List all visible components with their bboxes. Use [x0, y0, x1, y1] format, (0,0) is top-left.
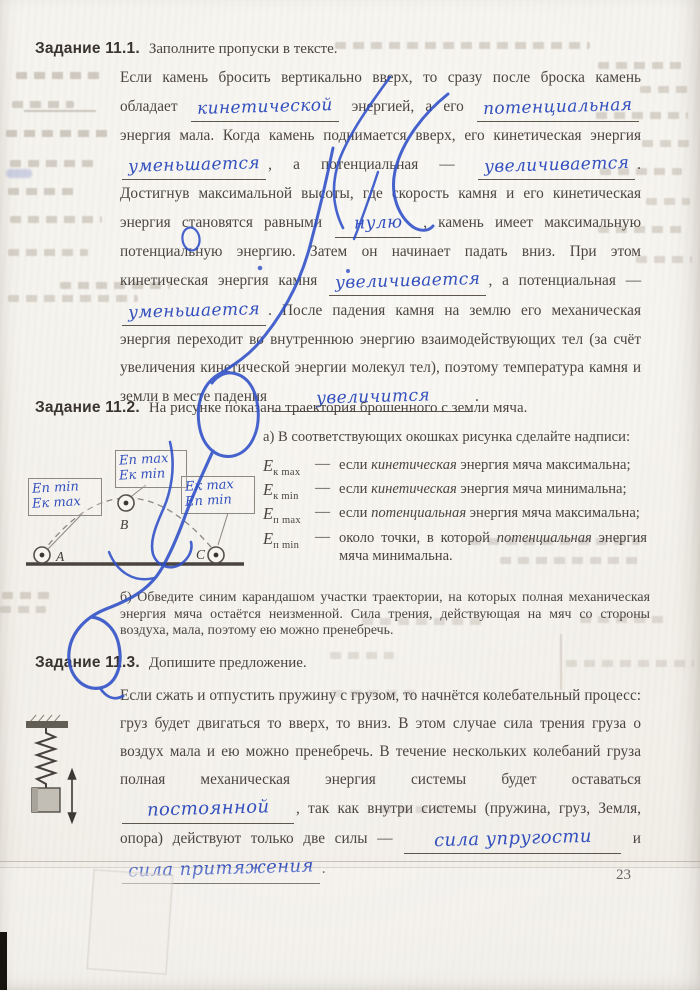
- definition-text: около точки, в которой потенциальная эне…: [339, 529, 647, 566]
- spring-coil: [37, 728, 55, 788]
- answer-blank: увеличивается: [478, 150, 635, 180]
- bleed-through-smudge: [10, 160, 96, 167]
- definition-text: если кинетическая энергия мяча максималь…: [339, 456, 647, 478]
- handwritten-answer: увеличивается: [335, 265, 481, 297]
- weight-block: [32, 788, 60, 812]
- bleed-through-smudge: [636, 256, 692, 263]
- point-label-a: A: [56, 549, 64, 565]
- handwritten-answer: нулю: [354, 208, 403, 237]
- handwritten-answer: потенциальная: [483, 91, 633, 123]
- bleed-through-smudge: [566, 660, 694, 667]
- dash: —: [315, 529, 339, 566]
- definition-text: если потенциальная энергия мяча максимал…: [339, 504, 647, 526]
- task-11-2-definitions: а) В соответствующих окошках рисунка сде…: [263, 429, 647, 568]
- task-11-1-header: Задание 11.1.Заполните пропуски в тексте…: [35, 40, 338, 58]
- bleed-through-smudge: [6, 130, 110, 137]
- ceiling-hatch: [30, 715, 60, 722]
- ball-a: [34, 547, 50, 563]
- definition-row: Eп min — около точки, в которой потенциа…: [263, 529, 647, 566]
- bleed-through-smudge: [335, 42, 590, 49]
- oscillation-arrow: [69, 770, 76, 822]
- energy-symbol: Eк min: [263, 480, 315, 502]
- energy-box-c: Eк max Eп min: [181, 476, 255, 514]
- definition-row: Eп max — если потенциальная энергия мяча…: [263, 504, 647, 526]
- answer-blank: постоянной: [122, 794, 294, 824]
- bleed-through-smudge: [642, 140, 690, 147]
- definition-text: если кинетическая энергия мяча минимальн…: [339, 480, 647, 502]
- bleed-through-smudge: [2, 592, 54, 599]
- task-label: Задание 11.3.: [35, 654, 140, 671]
- ball-c: [208, 547, 224, 563]
- part-a-instruction: а) В соответствующих окошках рисунка сде…: [263, 429, 647, 446]
- handwritten-answer: сила притяжения: [128, 852, 314, 885]
- bleed-through-smudge: [10, 216, 102, 223]
- printed-text-run: Если сжать и отпустить пружину с грузом,…: [120, 687, 641, 788]
- printed-text-run: , а потенциальная —: [488, 272, 641, 289]
- dash: —: [315, 456, 339, 478]
- bleed-through-ink-smudge: [6, 169, 32, 178]
- bleed-through-smudge: [646, 198, 690, 205]
- workbook-scanned-page: Задание 11.1.Заполните пропуски в тексте…: [0, 0, 700, 990]
- energy-symbol: Eп max: [263, 504, 315, 526]
- handwritten-energy-label: Eк max: [32, 493, 99, 511]
- bleed-through-smudge: [640, 86, 692, 93]
- box-c-connector: [218, 513, 228, 545]
- task-11-3-paragraph: Если сжать и отпустить пружину с грузом,…: [120, 682, 641, 884]
- trajectory-figure: A B C Eп min Eк max Eп max Eк min Eк max…: [20, 437, 262, 579]
- task-instruction: Допишите предложение.: [149, 655, 307, 671]
- printed-text-run: .: [322, 860, 326, 877]
- printed-text-run: энергия мала. Когда камень поднимается в…: [120, 127, 641, 144]
- handwritten-answer: увеличивается: [484, 149, 630, 181]
- point-label-b: B: [120, 517, 128, 533]
- task-11-3-header: Задание 11.3.Допишите предложение.: [35, 654, 307, 672]
- answer-blank: сила упругости: [404, 824, 621, 854]
- bleed-through-smudge: [330, 652, 394, 659]
- dash: —: [315, 480, 339, 502]
- bleed-through-smudge: [8, 295, 138, 302]
- page-number: 23: [616, 867, 631, 884]
- spring-weight-figure: [20, 710, 80, 828]
- handwritten-answer: кинетической: [196, 91, 332, 123]
- energy-box-b: Eп max Eк min: [115, 450, 187, 488]
- task-label: Задание 11.2.: [35, 399, 140, 416]
- ceiling-bar: [26, 721, 68, 728]
- ball-b: [118, 495, 134, 511]
- handwritten-energy-label: Eп min: [185, 491, 252, 509]
- definition-row: Eк max — если кинетическая энергия мяча …: [263, 456, 647, 478]
- task-11-2-header: Задание 11.2.На рисунке показана траекто…: [35, 399, 527, 417]
- energy-symbol: Eп min: [263, 529, 315, 566]
- answer-blank: кинетической: [191, 92, 339, 122]
- bleed-through-smudge: [8, 249, 88, 256]
- task-instruction: Заполните пропуски в тексте.: [149, 41, 338, 57]
- point-label-c: C: [196, 547, 205, 563]
- energy-symbol: Eк max: [263, 456, 315, 478]
- task-instruction: На рисунке показана траектория брошенног…: [149, 400, 528, 416]
- answer-blank: сила притяжения: [122, 854, 320, 884]
- underlying-page: [0, 868, 700, 990]
- printed-text-run: и: [623, 830, 641, 847]
- printed-text-run: энергией, а его: [341, 98, 476, 115]
- answer-blank: потенциальная: [477, 92, 639, 122]
- answer-blank: уменьшается: [122, 296, 266, 326]
- answer-blank: увеличивается: [329, 266, 486, 296]
- handwritten-energy-label: Eк min: [119, 465, 184, 483]
- part-b-instruction: б) Обведите синим карандашом участки тра…: [120, 590, 650, 640]
- bleed-through-smudge: [0, 606, 46, 613]
- bleed-through-smudge: [16, 72, 104, 79]
- energy-box-a: Eп min Eк max: [28, 478, 102, 516]
- handwritten-answer: уменьшается: [128, 295, 261, 327]
- answer-blank: уменьшается: [122, 150, 266, 180]
- scan-edge-black-strip: [0, 932, 7, 990]
- dash: —: [315, 504, 339, 526]
- bleed-through-smudge: [8, 188, 80, 195]
- definition-row: Eк min — если кинетическая энергия мяча …: [263, 480, 647, 502]
- task-11-1-paragraph: Если камень бросить вертикально вверх, т…: [120, 64, 641, 412]
- answer-blank: нулю: [335, 208, 421, 238]
- bleed-through-smudge: [24, 110, 96, 112]
- handwritten-answer: уменьшается: [128, 149, 261, 181]
- task-label: Задание 11.1.: [35, 40, 140, 57]
- box-a-connector: [48, 514, 82, 549]
- handwritten-answer: сила упругости: [433, 823, 592, 855]
- printed-text-run: , а потенциальная —: [268, 156, 476, 173]
- weight-block-shade: [32, 788, 38, 812]
- bleed-through-smudge: [12, 101, 74, 108]
- handwritten-answer: постоянной: [146, 793, 269, 824]
